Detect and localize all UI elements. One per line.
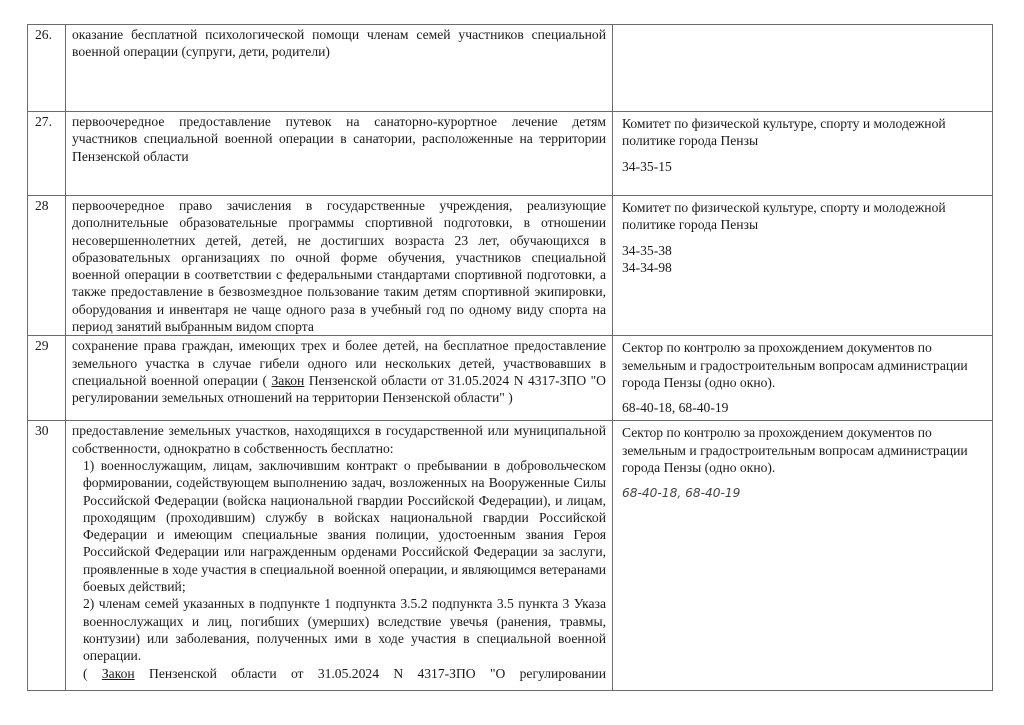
- organization-name: Сектор по контролю за прохождением докум…: [622, 339, 986, 391]
- law-link[interactable]: Закон: [102, 666, 135, 681]
- table-row: 26. оказание бесплатной психологической …: [28, 25, 993, 112]
- benefit-text: оказание бесплатной психологической помо…: [72, 26, 606, 61]
- benefit-intro: предоставление земельных участков, наход…: [72, 422, 606, 457]
- table-row: 29 сохранение права граждан, имеющих тре…: [28, 336, 993, 421]
- benefit-item-1: 1) военнослужащим, лицам, заключившим ко…: [72, 457, 606, 595]
- responsible-contact: Комитет по физической культуре, спорту и…: [613, 112, 993, 196]
- table-row: 28 первоочередное право зачисления в гос…: [28, 196, 993, 336]
- benefit-description: сохранение права граждан, имеющих трех и…: [66, 336, 613, 421]
- law-suffix: Пензенской области от 31.05.2024 N 4317-…: [135, 666, 606, 681]
- law-reference: ( Закон Пензенской области от 31.05.2024…: [72, 665, 606, 682]
- responsible-contact: Сектор по контролю за прохождением докум…: [613, 336, 993, 421]
- organization-name: Сектор по контролю за прохождением докум…: [622, 424, 986, 476]
- row-number: 26.: [28, 25, 66, 112]
- organization-name: Комитет по физической культуре, спорту и…: [622, 115, 986, 150]
- phone-numbers: 68-40-18, 68-40-19: [622, 485, 986, 502]
- responsible-contact: Сектор по контролю за прохождением докум…: [613, 421, 993, 691]
- responsible-contact: Комитет по физической культуре, спорту и…: [613, 196, 993, 336]
- benefit-text: сохранение права граждан, имеющих трех и…: [72, 337, 606, 406]
- row-number: 28: [28, 196, 66, 336]
- benefit-item-2: 2) членам семей указанных в подпункте 1 …: [72, 595, 606, 664]
- phone-number: 34-35-15: [622, 158, 986, 175]
- row-number: 30: [28, 421, 66, 691]
- benefit-text: первоочередное предоставление путевок на…: [72, 113, 606, 165]
- organization-name: Комитет по физической культуре, спорту и…: [622, 199, 986, 234]
- law-link[interactable]: Закон: [272, 373, 305, 388]
- phone-numbers: 34-35-15: [622, 158, 986, 175]
- responsible-contact: [613, 25, 993, 112]
- table-row: 30 предоставление земельных участков, на…: [28, 421, 993, 691]
- phone-number: 34-35-38: [622, 242, 986, 259]
- benefit-text: первоочередное право зачисления в госуда…: [72, 197, 606, 335]
- benefit-description: предоставление земельных участков, наход…: [66, 421, 613, 691]
- phone-number: 68-40-18, 68-40-19: [622, 485, 986, 502]
- law-prefix: (: [83, 666, 102, 681]
- benefit-description: первоочередное предоставление путевок на…: [66, 112, 613, 196]
- phone-numbers: 68-40-18, 68-40-19: [622, 399, 986, 416]
- benefit-description: первоочередное право зачисления в госуда…: [66, 196, 613, 336]
- phone-number: 68-40-18, 68-40-19: [622, 399, 986, 416]
- row-number: 27.: [28, 112, 66, 196]
- benefit-description: оказание бесплатной психологической помо…: [66, 25, 613, 112]
- phone-number: 34-34-98: [622, 259, 986, 276]
- benefits-table: 26. оказание бесплатной психологической …: [27, 24, 993, 691]
- table-row: 27. первоочередное предоставление путево…: [28, 112, 993, 196]
- phone-numbers: 34-35-38 34-34-98: [622, 242, 986, 277]
- row-number: 29: [28, 336, 66, 421]
